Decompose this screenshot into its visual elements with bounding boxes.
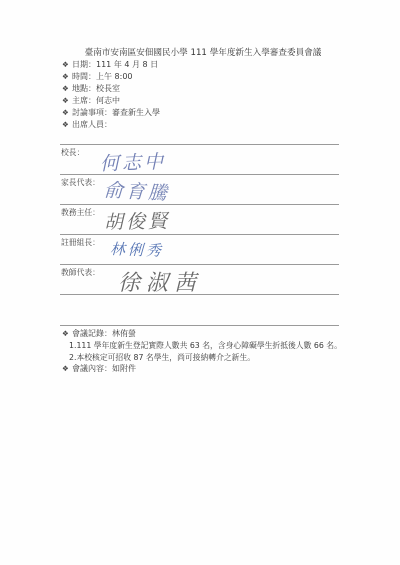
content-value: 如附件: [112, 364, 136, 373]
divider-line: [60, 325, 339, 326]
info-value: 111 年 4 月 8 日: [96, 60, 158, 69]
record-label: 會議記錄: [72, 329, 104, 338]
signature-parent-rep: 俞育騰: [103, 175, 170, 205]
document-title: 臺南市安南區安佃國民小學 111 學年度新生入學審查委員會議: [60, 47, 346, 59]
diamond-bullet-icon: ❖: [62, 363, 72, 375]
diamond-bullet-icon: ❖: [62, 95, 72, 107]
info-label: 討論事項: [72, 108, 104, 117]
signature-registration-head: 林俐秀: [110, 238, 165, 261]
meeting-recorder: ❖會議記錄：林侑螢: [62, 328, 136, 340]
diamond-bullet-icon: ❖: [62, 119, 72, 131]
diamond-bullet-icon: ❖: [62, 328, 72, 340]
info-value: 審查新生入學: [112, 108, 160, 117]
info-label: 時間: [72, 72, 88, 81]
info-label: 主席: [72, 96, 88, 105]
role-label-teacher-rep: 教師代表：: [61, 267, 100, 278]
signature-teacher-rep: 徐淑茜: [118, 266, 202, 297]
content-label: 會議內容: [72, 364, 104, 373]
info-value: 上午 8:00: [96, 72, 133, 81]
record-value: 林侑螢: [112, 329, 136, 338]
diamond-bullet-icon: ❖: [62, 59, 72, 71]
divider-line: [60, 234, 339, 235]
info-item-time: ❖時間：上午 8:00: [62, 71, 133, 83]
signature-principal: 何志中: [100, 147, 167, 176]
role-label-parent-rep: 家長代表：: [61, 177, 100, 188]
info-item-chair: ❖主席：何志中: [62, 95, 120, 107]
info-item-location: ❖地點：校長室: [62, 83, 120, 95]
info-value: 何志中: [96, 96, 120, 105]
signature-academic-director: 胡俊賢: [104, 206, 170, 234]
divider-line: [60, 204, 339, 205]
info-value: 校長室: [96, 84, 120, 93]
info-label: 日期: [72, 60, 88, 69]
role-label-registration-head: 註冊組長：: [61, 237, 100, 248]
info-label: 出席人員: [72, 120, 104, 129]
role-label-principal: 校長：: [61, 147, 84, 158]
document-page: 臺南市安南區安佃國民小學 111 學年度新生入學審查委員會議 ❖日期：111 年…: [0, 0, 400, 565]
diamond-bullet-icon: ❖: [62, 107, 72, 119]
diamond-bullet-icon: ❖: [62, 71, 72, 83]
diamond-bullet-icon: ❖: [62, 83, 72, 95]
meeting-content: ❖會議內容：如附件: [62, 363, 136, 375]
divider-line: [60, 264, 339, 265]
info-label: 地點: [72, 84, 88, 93]
info-item-date: ❖日期：111 年 4 月 8 日: [62, 59, 158, 71]
role-label-academic-director: 教務主任：: [61, 207, 100, 218]
info-item-attendees: ❖出席人員：: [62, 119, 112, 131]
info-item-agenda: ❖討論事項：審查新生入學: [62, 107, 160, 119]
record-line-1: 1.111 學年度新生登記實際人數共 63 名，含身心障礙學生折抵後人數 66 …: [69, 340, 342, 352]
divider-line: [60, 144, 339, 145]
